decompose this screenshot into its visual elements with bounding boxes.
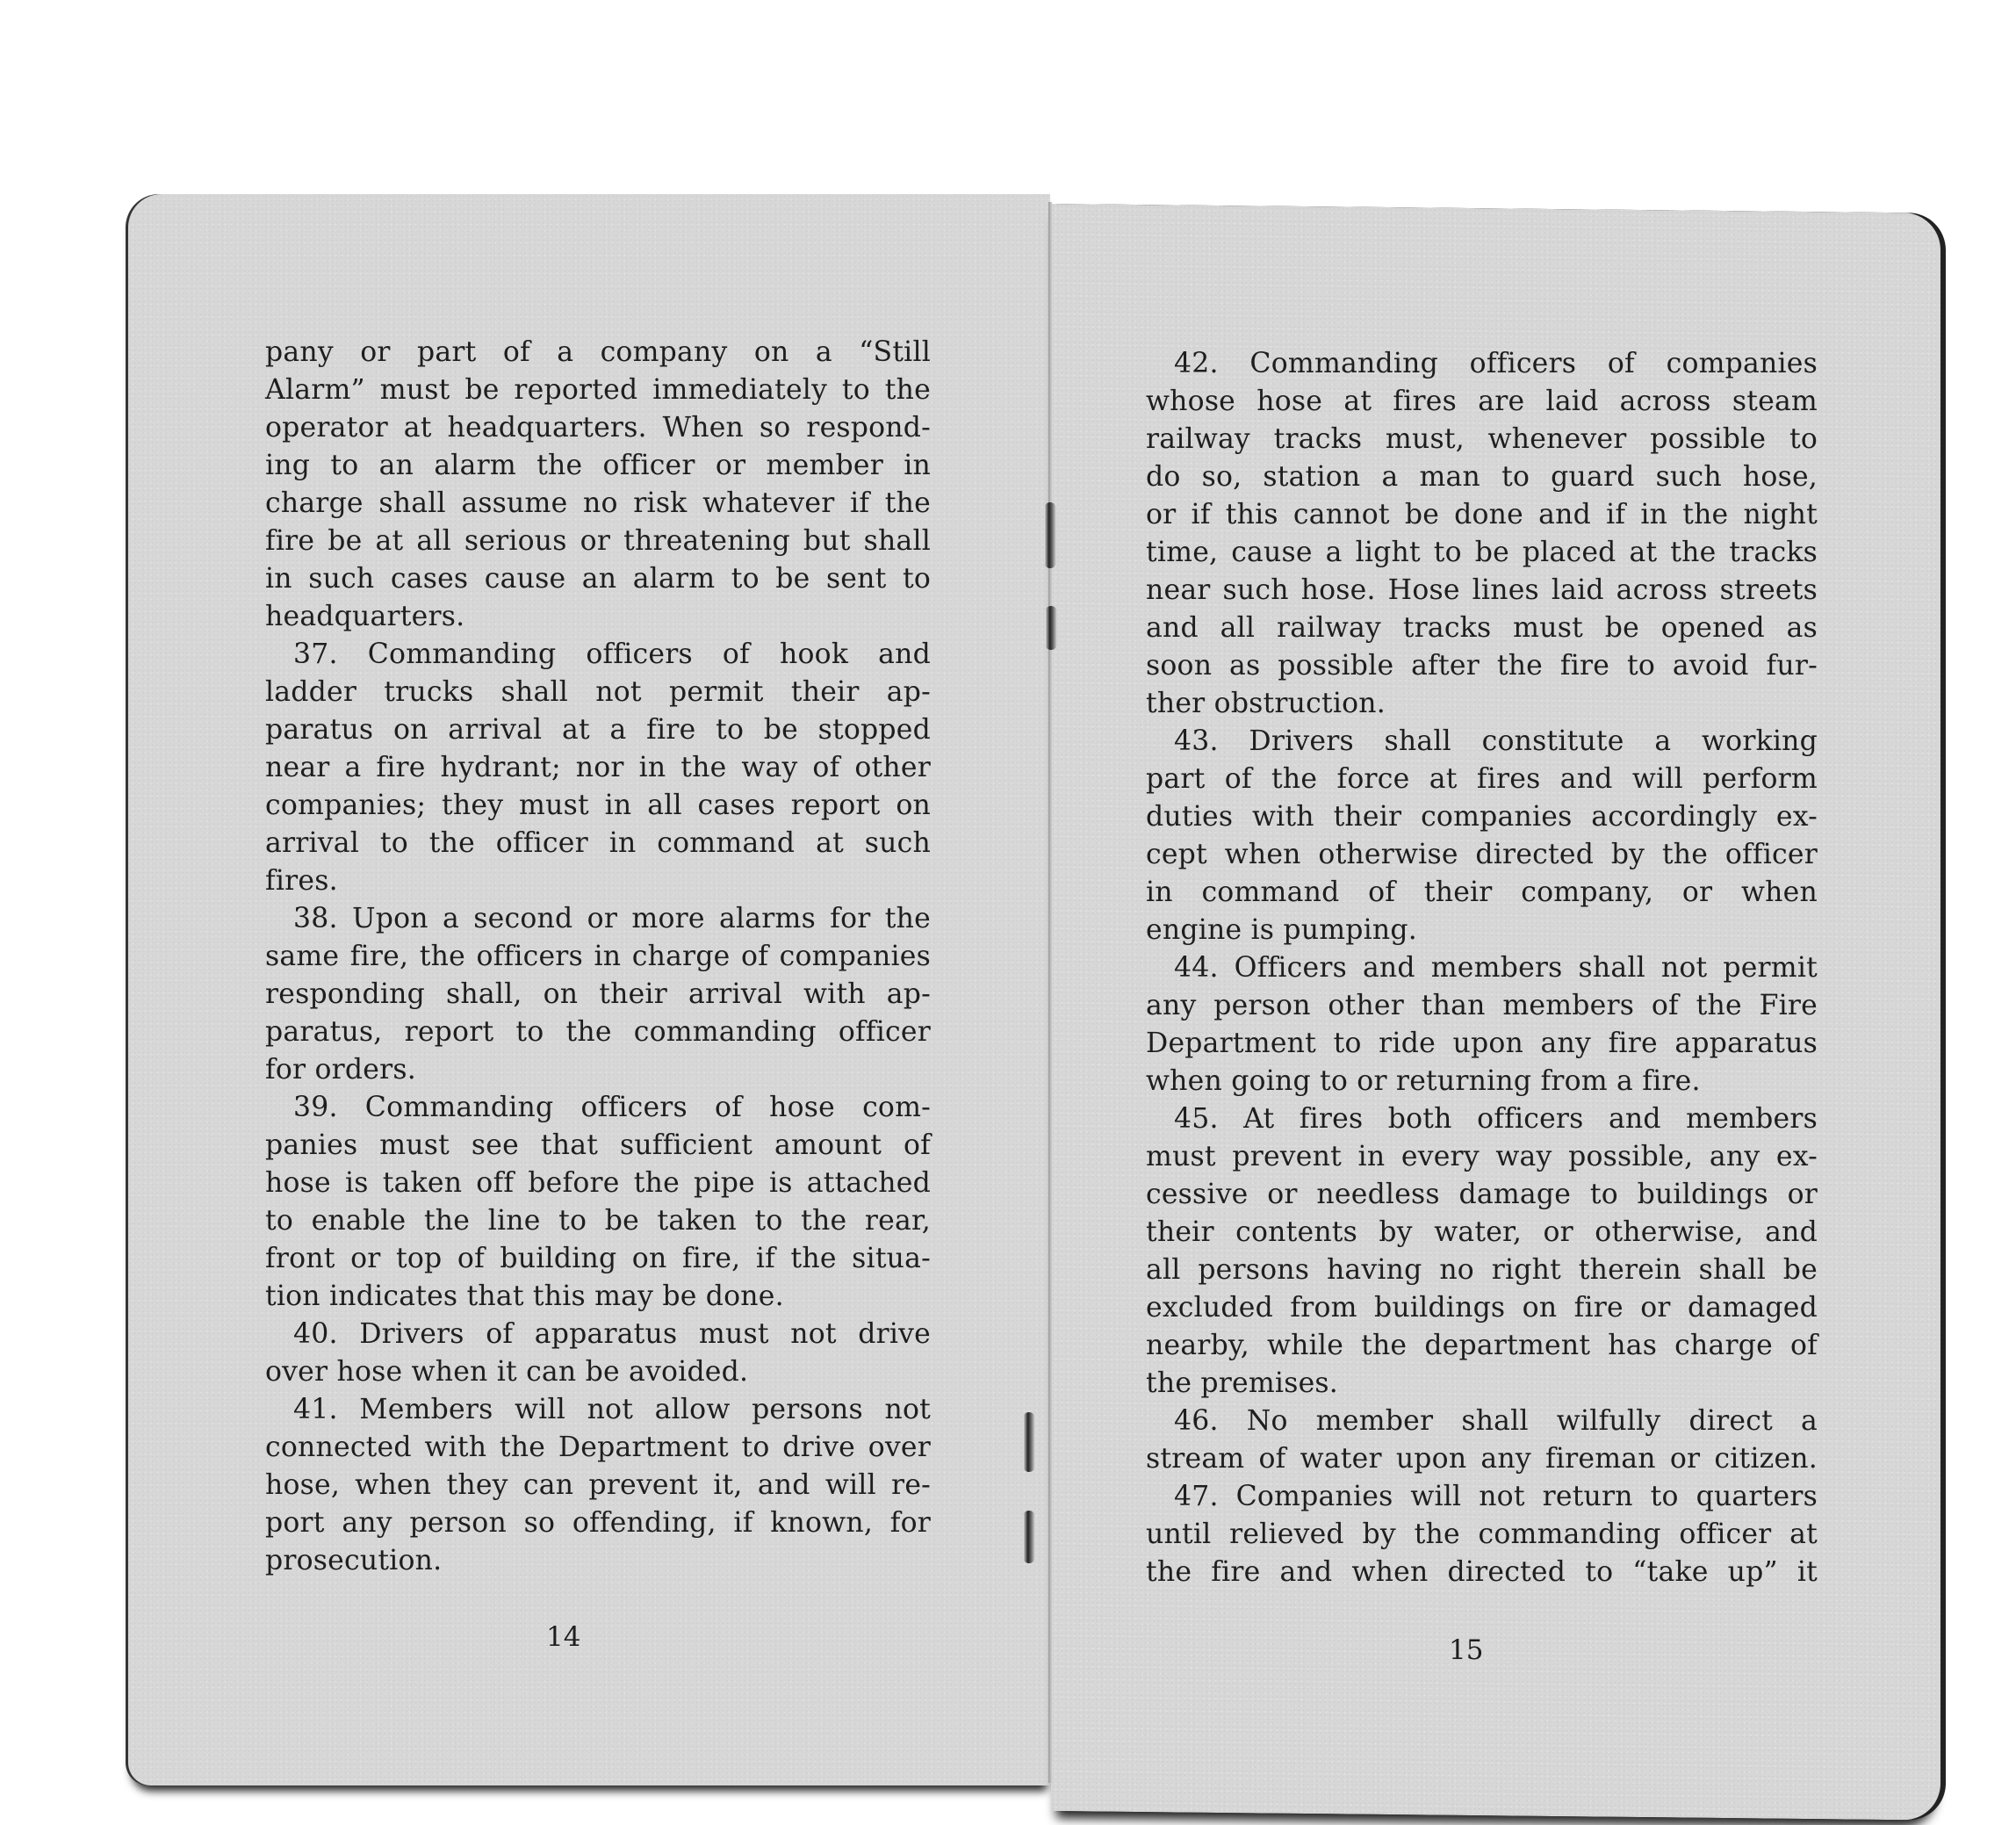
text-line: the premises. [1146, 1365, 1818, 1403]
text-line: 47. Companies will not return to quarter… [1146, 1478, 1818, 1516]
text-line: until relieved by the commanding officer… [1146, 1516, 1818, 1554]
text-line: 43. Drivers shall constitute a working [1146, 723, 1818, 761]
text-line: 41. Members will not allow persons not [265, 1391, 931, 1429]
text-line: front or top of building on fire, if the… [265, 1240, 931, 1278]
text-line: in such cases cause an alarm to be sent … [265, 560, 931, 598]
text-line: engine is pumping. [1146, 912, 1818, 949]
text-line: connected with the Department to drive o… [265, 1429, 931, 1467]
text-line: when going to or returning from a fire. [1146, 1063, 1818, 1100]
text-line: fire be at all serious or threatening bu… [265, 523, 931, 560]
text-line: all persons having no right therein shal… [1146, 1252, 1818, 1289]
text-line: any person other than members of the Fir… [1146, 987, 1818, 1025]
text-line: Department to ride upon any fire apparat… [1146, 1025, 1818, 1063]
book-spine-gutter [1048, 202, 1052, 1783]
text-line: responding shall, on their arrival with … [265, 976, 931, 1013]
text-line: their contents by water, or otherwise, a… [1146, 1214, 1818, 1252]
text-line: same fire, the officers in charge of com… [265, 938, 931, 976]
text-line: 38. Upon a second or more alarms for the [265, 900, 931, 938]
right-page-body: 42. Commanding officers of companieswhos… [1146, 345, 1818, 1591]
text-line: time, cause a light to be placed at the … [1146, 534, 1818, 572]
text-line: over hose when it can be avoided. [265, 1353, 931, 1391]
staple-bottom-icon [1023, 1412, 1035, 1472]
text-line: nearby, while the department has charge … [1146, 1327, 1818, 1365]
text-line: 46. No member shall wilfully direct a [1146, 1403, 1818, 1440]
text-line: 39. Commanding officers of hose com- [265, 1089, 931, 1127]
staple-bottom-lower-icon [1023, 1511, 1035, 1563]
text-line: railway tracks must, whenever possible t… [1146, 421, 1818, 458]
text-line: for orders. [265, 1051, 931, 1089]
staple-top-icon [1044, 502, 1056, 568]
text-line: hose, when they can prevent it, and will… [265, 1467, 931, 1504]
text-line: ther obstruction. [1146, 685, 1818, 723]
text-line: the fire and when directed to “take up” … [1146, 1554, 1818, 1591]
text-line: tion indicates that this may be done. [265, 1278, 931, 1316]
left-page-body: pany or part of a company on a “StillAla… [265, 334, 931, 1580]
text-line: charge shall assume no risk whatever if … [265, 485, 931, 523]
text-line: duties with their companies accordingly … [1146, 798, 1818, 836]
text-line: 44. Officers and members shall not permi… [1146, 949, 1818, 987]
text-line: 37. Commanding officers of hook and [265, 636, 931, 674]
text-line: arrival to the officer in command at suc… [265, 825, 931, 862]
page-number-left: 14 [546, 1621, 580, 1653]
text-line: paratus, report to the commanding office… [265, 1013, 931, 1051]
text-line: ladder trucks shall not permit their ap- [265, 674, 931, 711]
text-line: fires. [265, 862, 931, 900]
text-line: do so, station a man to guard such hose, [1146, 458, 1818, 496]
text-line: paratus on arrival at a fire to be stopp… [265, 711, 931, 749]
page-number-right: 15 [1449, 1634, 1483, 1666]
text-line: 45. At fires both officers and members [1146, 1100, 1818, 1138]
text-line: to enable the line to be taken to the re… [265, 1202, 931, 1240]
text-line: or if this cannot be done and if in the … [1146, 496, 1818, 534]
text-line: in command of their company, or when [1146, 874, 1818, 912]
text-line: headquarters. [265, 598, 931, 636]
text-line: excluded from buildings on fire or damag… [1146, 1289, 1818, 1327]
text-line: companies; they must in all cases report… [265, 787, 931, 825]
text-line: stream of water upon any fireman or citi… [1146, 1440, 1818, 1478]
text-line: part of the force at fires and will perf… [1146, 761, 1818, 798]
text-line: Alarm” must be reported immediately to t… [265, 371, 931, 409]
text-line: and all railway tracks must be opened as [1146, 610, 1818, 647]
text-line: operator at headquarters. When so respon… [265, 409, 931, 447]
text-line: near a fire hydrant; nor in the way of o… [265, 749, 931, 787]
text-line: cessive or needless damage to buildings … [1146, 1176, 1818, 1214]
text-line: soon as possible after the fire to avoid… [1146, 647, 1818, 685]
text-line: cept when otherwise directed by the offi… [1146, 836, 1818, 874]
text-line: must prevent in every way possible, any … [1146, 1138, 1818, 1176]
text-line: 40. Drivers of apparatus must not drive [265, 1316, 931, 1353]
text-line: whose hose at fires are laid across stea… [1146, 383, 1818, 421]
text-line: hose is taken off before the pipe is att… [265, 1165, 931, 1202]
staple-top-lower-icon [1045, 606, 1057, 650]
text-line: ing to an alarm the officer or member in [265, 447, 931, 485]
text-line: panies must see that sufficient amount o… [265, 1127, 931, 1165]
text-line: port any person so offending, if known, … [265, 1504, 931, 1542]
text-line: near such hose. Hose lines laid across s… [1146, 572, 1818, 610]
text-line: prosecution. [265, 1542, 931, 1580]
text-line: 42. Commanding officers of companies [1146, 345, 1818, 383]
text-line: pany or part of a company on a “Still [265, 334, 931, 371]
